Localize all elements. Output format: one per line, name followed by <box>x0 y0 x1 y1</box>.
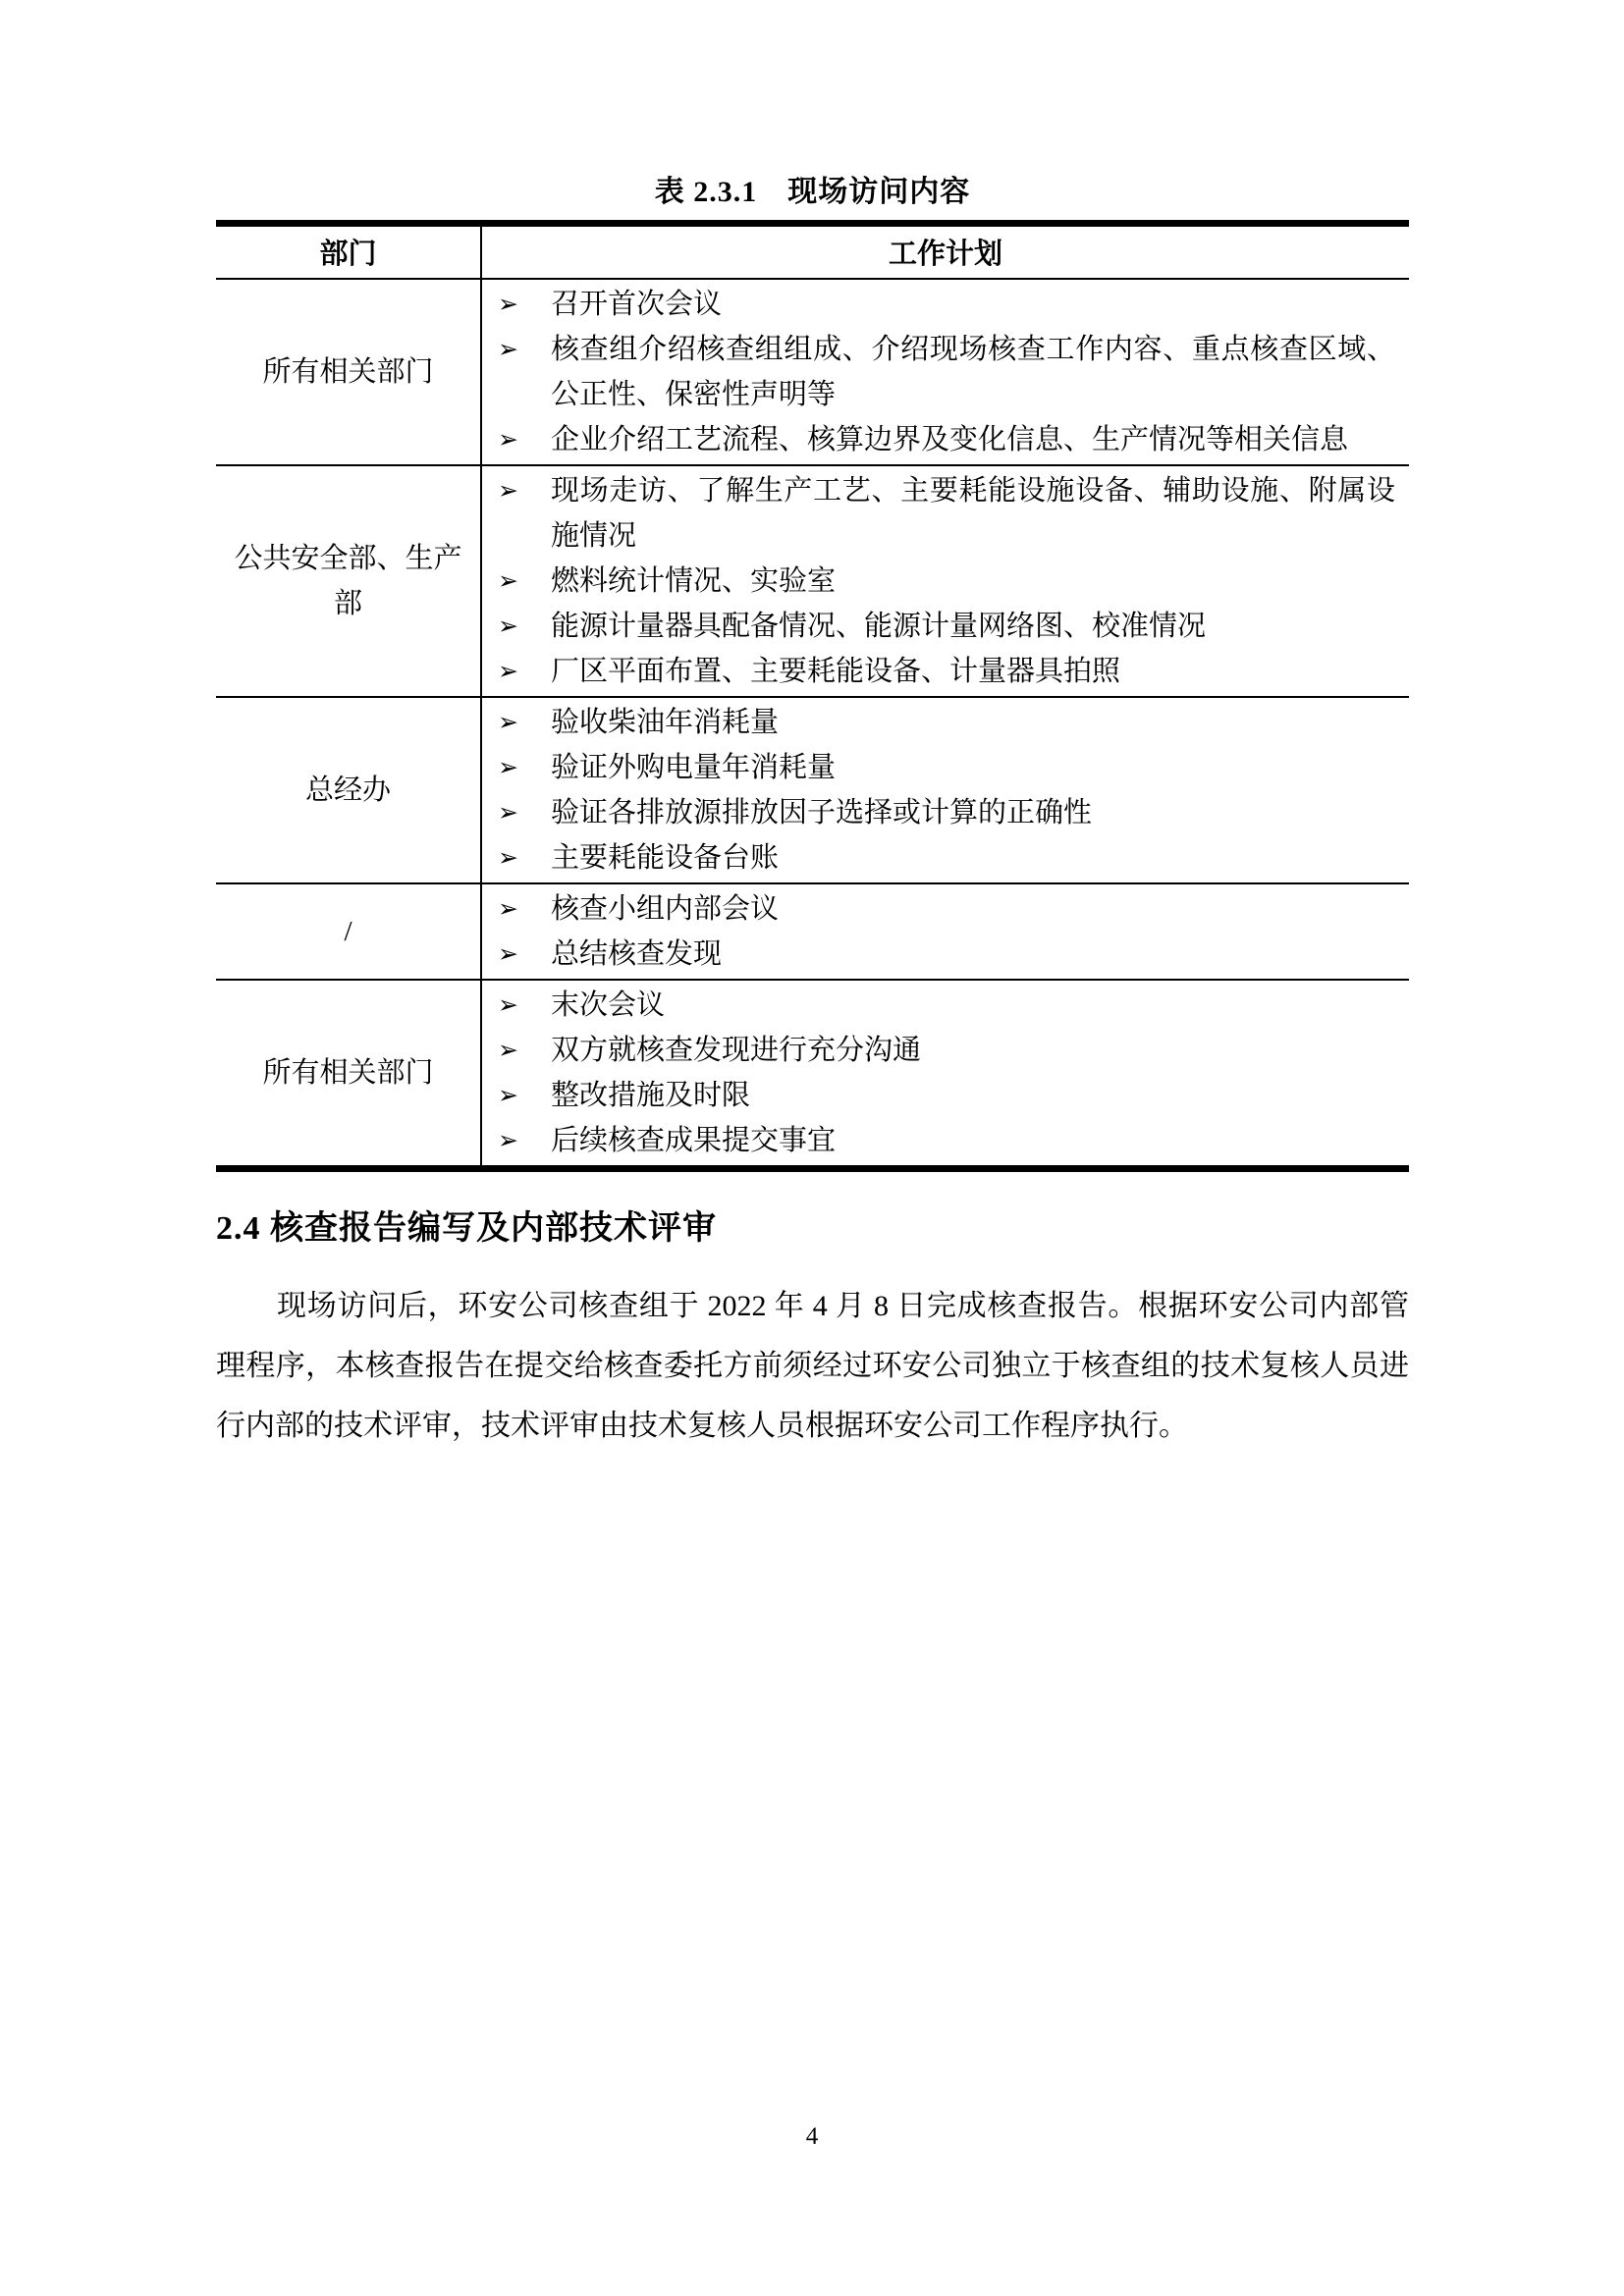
table-row: 公共安全部、生产部 ➢ 现场走访、了解生产工艺、主要耗能设施设备、辅助设施、附属… <box>216 465 1409 697</box>
list-item: ➢ 厂区平面布置、主要耗能设备、计量器具拍照 <box>482 649 1395 694</box>
list-item-text: 末次会议 <box>551 983 1395 1028</box>
table-row: / ➢ 核查小组内部会议 ➢ 总结核查发现 <box>216 883 1409 980</box>
department-cell: / <box>216 883 481 980</box>
arrow-bullet-icon: ➢ <box>482 327 551 372</box>
list-item: ➢ 后续核查成果提交事宜 <box>482 1118 1395 1163</box>
list-item: ➢ 燃料统计情况、实验室 <box>482 559 1395 604</box>
list-item: ➢ 核查小组内部会议 <box>482 886 1395 932</box>
list-item: ➢ 能源计量器具配备情况、能源计量网络图、校准情况 <box>482 604 1395 649</box>
arrow-bullet-icon: ➢ <box>482 1073 551 1118</box>
table-row: 总经办 ➢ 验收柴油年消耗量 ➢ 验证外购电量年消耗量 ➢ 验证各排放源排放因子… <box>216 697 1409 883</box>
list-item: ➢ 企业介绍工艺流程、核算边界及变化信息、生产情况等相关信息 <box>482 417 1395 462</box>
site-visit-table: 部门 工作计划 所有相关部门 ➢ 召开首次会议 ➢ 核查组介绍核查组组成、介绍现… <box>216 220 1409 1172</box>
arrow-bullet-icon: ➢ <box>482 604 551 649</box>
list-item-text: 召开首次会议 <box>551 282 1395 327</box>
list-item: ➢ 召开首次会议 <box>482 282 1395 327</box>
list-item: ➢ 现场走访、了解生产工艺、主要耗能设施设备、辅助设施、附属设施情况 <box>482 468 1395 559</box>
list-item: ➢ 核查组介绍核查组组成、介绍现场核查工作内容、重点核查区域、公正性、保密性声明… <box>482 327 1395 417</box>
list-item-text: 核查组介绍核查组组成、介绍现场核查工作内容、重点核查区域、公正性、保密性声明等 <box>551 327 1395 417</box>
list-item-text: 双方就核查发现进行充分沟通 <box>551 1028 1395 1073</box>
arrow-bullet-icon: ➢ <box>482 835 551 881</box>
plan-cell: ➢ 召开首次会议 ➢ 核查组介绍核查组组成、介绍现场核查工作内容、重点核查区域、… <box>481 279 1409 465</box>
list-item-text: 整改措施及时限 <box>551 1073 1395 1118</box>
list-item-text: 核查小组内部会议 <box>551 886 1395 932</box>
list-item: ➢ 验证各排放源排放因子选择或计算的正确性 <box>482 790 1395 835</box>
plan-cell: ➢ 核查小组内部会议 ➢ 总结核查发现 <box>481 883 1409 980</box>
department-cell: 所有相关部门 <box>216 980 481 1169</box>
column-header-plan: 工作计划 <box>481 224 1409 279</box>
arrow-bullet-icon: ➢ <box>482 790 551 835</box>
list-item-text: 总结核查发现 <box>551 932 1395 977</box>
plan-cell: ➢ 验收柴油年消耗量 ➢ 验证外购电量年消耗量 ➢ 验证各排放源排放因子选择或计… <box>481 697 1409 883</box>
department-cell: 总经办 <box>216 697 481 883</box>
list-item: ➢ 末次会议 <box>482 983 1395 1028</box>
table-row: 所有相关部门 ➢ 末次会议 ➢ 双方就核查发现进行充分沟通 ➢ 整改措施及时限 <box>216 980 1409 1169</box>
arrow-bullet-icon: ➢ <box>482 700 551 745</box>
arrow-bullet-icon: ➢ <box>482 559 551 604</box>
list-item-text: 验证外购电量年消耗量 <box>551 745 1395 790</box>
list-item-text: 企业介绍工艺流程、核算边界及变化信息、生产情况等相关信息 <box>551 417 1395 462</box>
list-item: ➢ 总结核查发现 <box>482 932 1395 977</box>
column-header-department: 部门 <box>216 224 481 279</box>
list-item-text: 厂区平面布置、主要耗能设备、计量器具拍照 <box>551 649 1395 694</box>
table-header-row: 部门 工作计划 <box>216 224 1409 279</box>
list-item-text: 主要耗能设备台账 <box>551 835 1395 881</box>
department-cell: 公共安全部、生产部 <box>216 465 481 697</box>
list-item-text: 验收柴油年消耗量 <box>551 700 1395 745</box>
arrow-bullet-icon: ➢ <box>482 282 551 327</box>
plan-cell: ➢ 末次会议 ➢ 双方就核查发现进行充分沟通 ➢ 整改措施及时限 ➢ 后续核查成… <box>481 980 1409 1169</box>
list-item-text: 能源计量器具配备情况、能源计量网络图、校准情况 <box>551 604 1395 649</box>
list-item-text: 验证各排放源排放因子选择或计算的正确性 <box>551 790 1395 835</box>
table-row: 所有相关部门 ➢ 召开首次会议 ➢ 核查组介绍核查组组成、介绍现场核查工作内容、… <box>216 279 1409 465</box>
arrow-bullet-icon: ➢ <box>482 886 551 932</box>
table-caption: 表 2.3.1 现场访问内容 <box>216 0 1409 212</box>
list-item: ➢ 验收柴油年消耗量 <box>482 700 1395 745</box>
arrow-bullet-icon: ➢ <box>482 1028 551 1073</box>
arrow-bullet-icon: ➢ <box>482 932 551 977</box>
list-item: ➢ 整改措施及时限 <box>482 1073 1395 1118</box>
body-paragraph: 现场访问后，环安公司核查组于 2022 年 4 月 8 日完成核查报告。根据环安… <box>216 1276 1409 1456</box>
list-item: ➢ 双方就核查发现进行充分沟通 <box>482 1028 1395 1073</box>
arrow-bullet-icon: ➢ <box>482 649 551 694</box>
list-item: ➢ 验证外购电量年消耗量 <box>482 745 1395 790</box>
department-cell: 所有相关部门 <box>216 279 481 465</box>
list-item-text: 现场走访、了解生产工艺、主要耗能设施设备、辅助设施、附属设施情况 <box>551 468 1395 559</box>
list-item: ➢ 主要耗能设备台账 <box>482 835 1395 881</box>
arrow-bullet-icon: ➢ <box>482 417 551 462</box>
page-content: 表 2.3.1 现场访问内容 部门 工作计划 所有相关部门 ➢ 召开首次会议 ➢ <box>216 0 1409 1456</box>
arrow-bullet-icon: ➢ <box>482 745 551 790</box>
plan-cell: ➢ 现场走访、了解生产工艺、主要耗能设施设备、辅助设施、附属设施情况 ➢ 燃料统… <box>481 465 1409 697</box>
list-item-text: 燃料统计情况、实验室 <box>551 559 1395 604</box>
list-item-text: 后续核查成果提交事宜 <box>551 1118 1395 1163</box>
arrow-bullet-icon: ➢ <box>482 983 551 1028</box>
arrow-bullet-icon: ➢ <box>482 1118 551 1163</box>
arrow-bullet-icon: ➢ <box>482 468 551 513</box>
page-number: 4 <box>0 2123 1624 2151</box>
section-heading: 2.4 核查报告编写及内部技术评审 <box>216 1207 1409 1251</box>
